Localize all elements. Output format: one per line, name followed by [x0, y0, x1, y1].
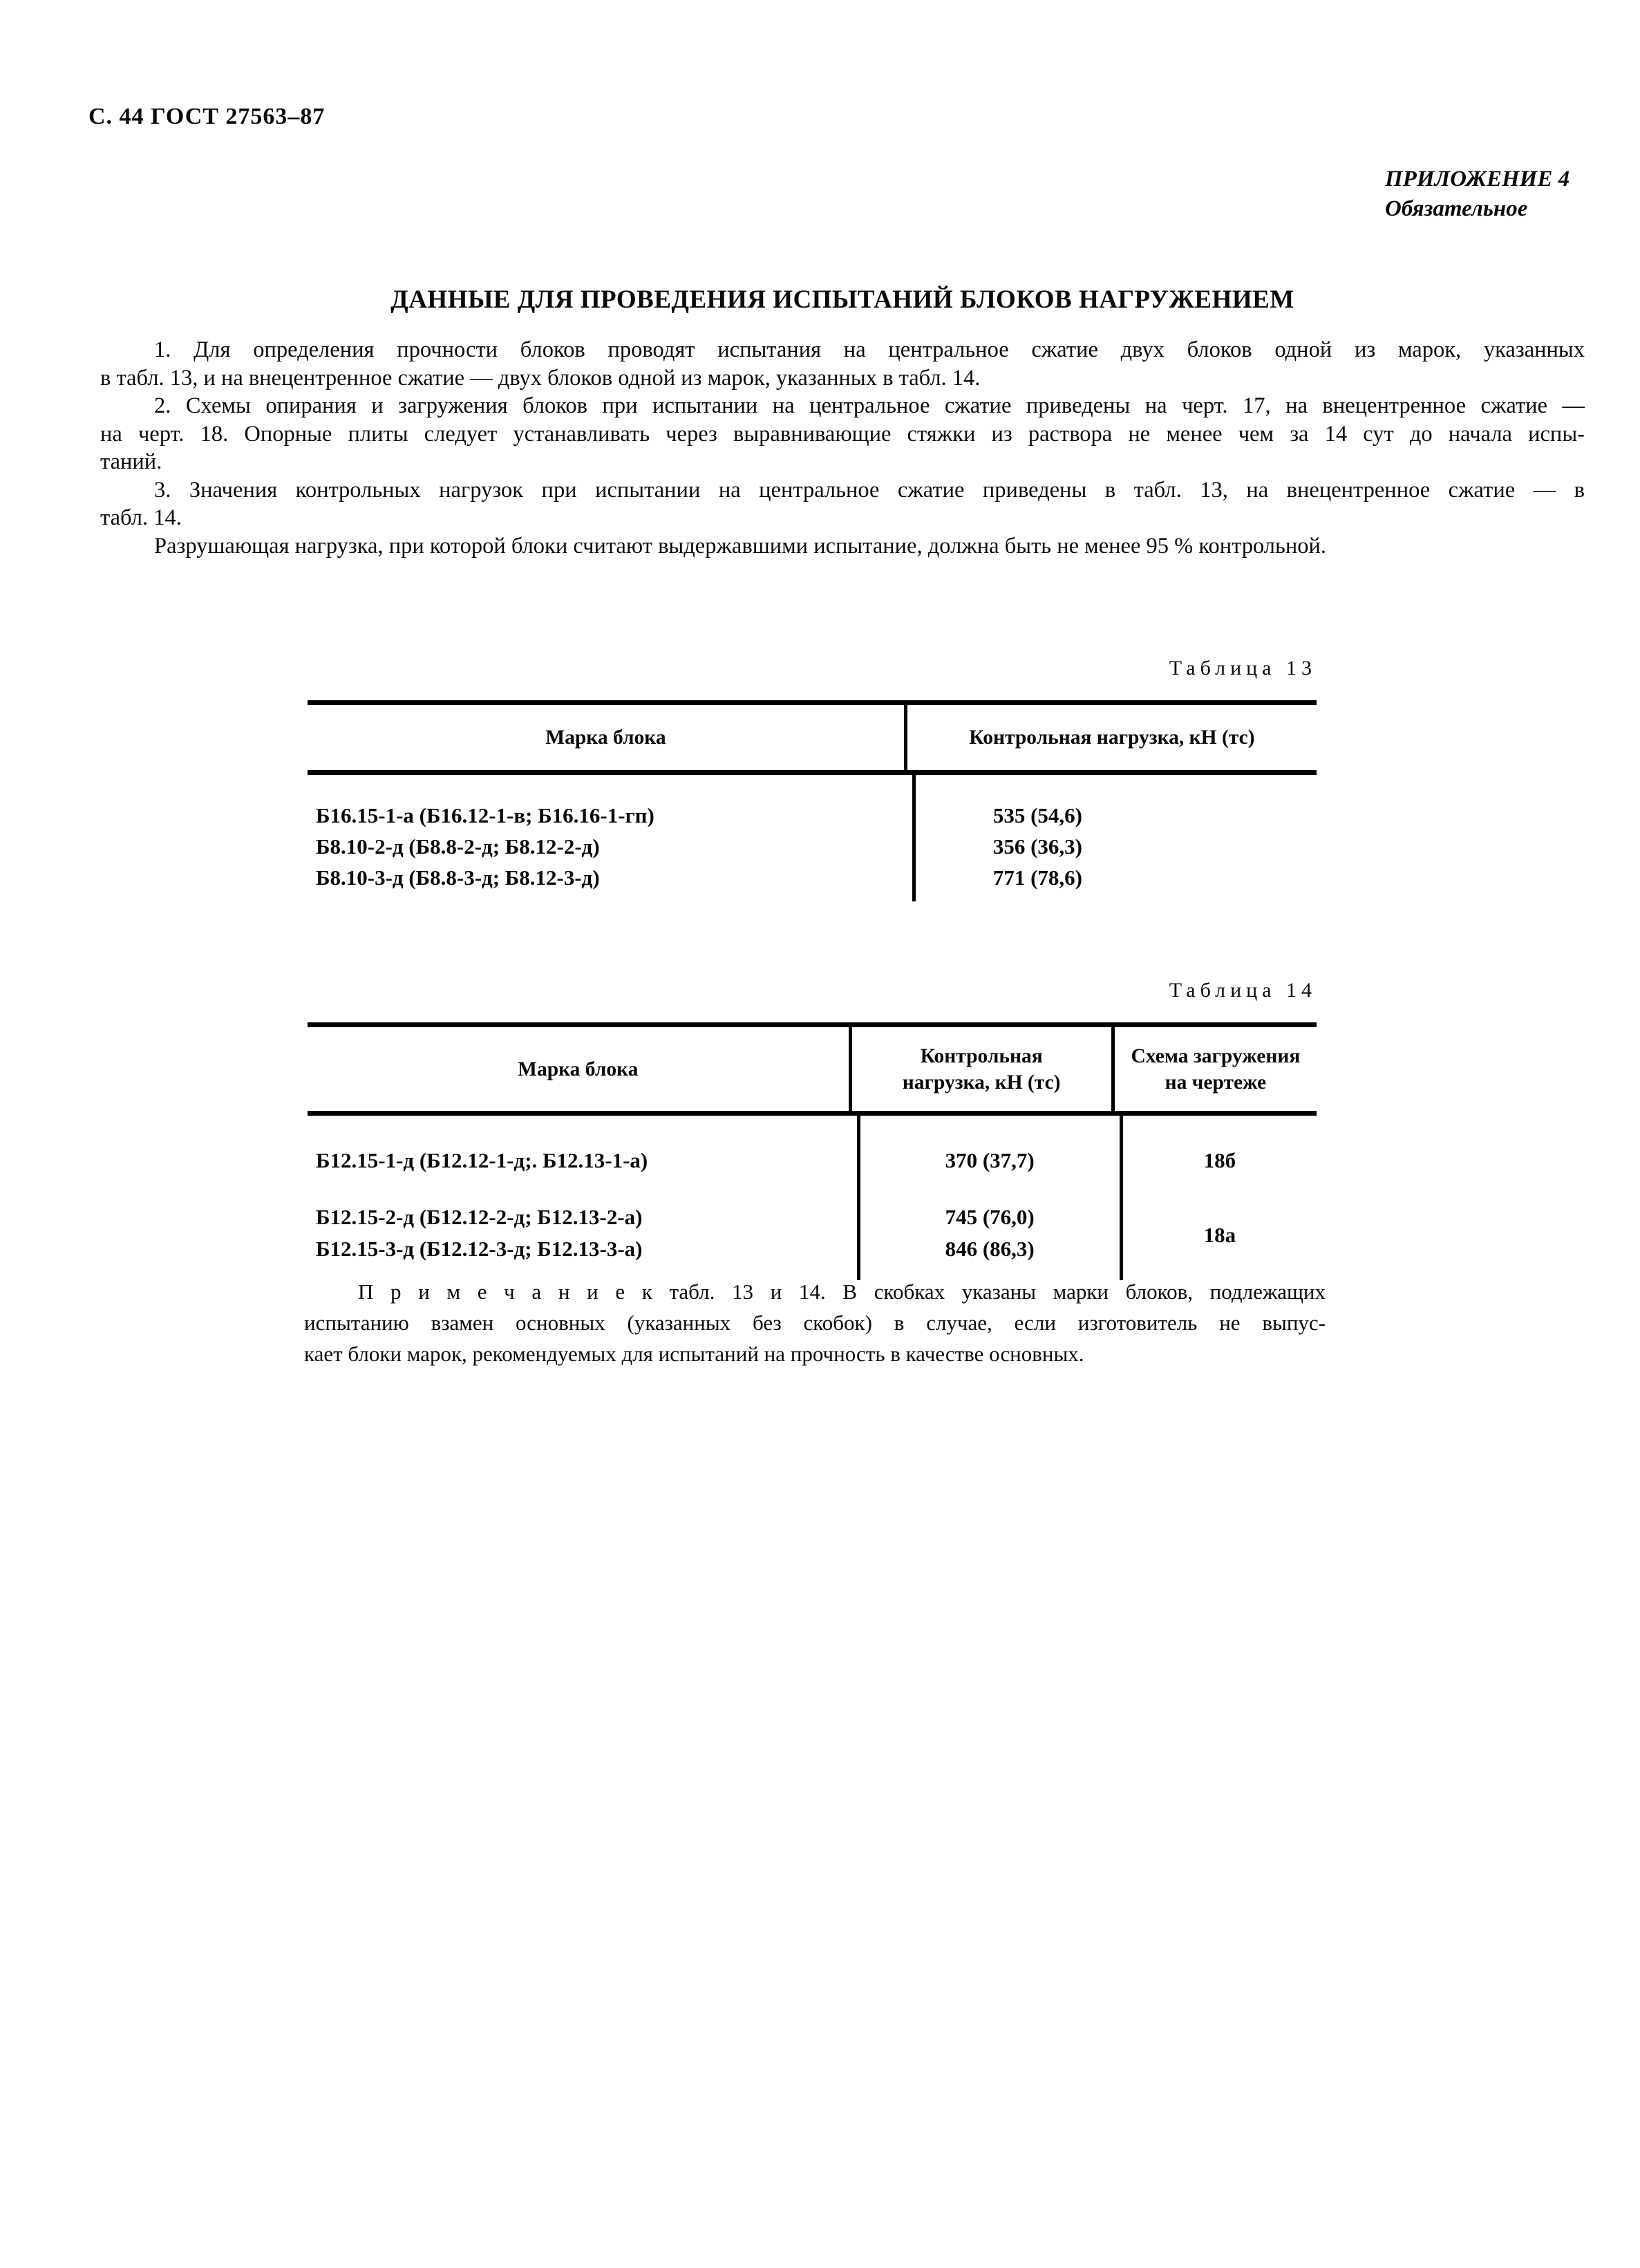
table14-header-load-line: Контрольная	[921, 1043, 1043, 1069]
table14-scheme-value: 18а	[1123, 1219, 1317, 1251]
table14-header-scheme: Схема загруженияна чертеже	[1115, 1027, 1317, 1111]
paragraph-line: Разрушающая нагрузка, при которой блоки …	[100, 532, 1585, 561]
table14-col-scheme: 18б18а	[1123, 1116, 1317, 1280]
table13-col-mark: Б16.15-1-а (Б16.12-1-в; Б16.16-1-гп)Б8.1…	[308, 775, 916, 901]
table14-body: Б12.15-1-д (Б12.12-1-д;. Б12.13-1-а)Б12.…	[308, 1116, 1317, 1280]
table14-row-mark: Б12.15-3-д (Б12.12-3-д; Б12.13-3-а)	[316, 1233, 857, 1265]
appendix-subtitle: Обязательное	[1385, 194, 1570, 224]
appendix-block: ПРИЛОЖЕНИЕ 4 Обязательное	[1385, 165, 1570, 224]
table14-header-scheme-line: на чертеже	[1165, 1069, 1267, 1096]
appendix-title: ПРИЛОЖЕНИЕ 4	[1385, 165, 1570, 194]
table14-header-mark: Марка блока	[308, 1027, 852, 1111]
table13-header-mark: Марка блока	[308, 705, 907, 770]
table14-row-load: 745 (76,0)	[860, 1201, 1120, 1233]
table14-col-load: 370 (37,7)745 (76,0)846 (86,3)	[860, 1116, 1123, 1280]
page-header: С. 44 ГОСТ 27563–87	[88, 104, 325, 130]
note-line: кает блоки марок, рекомендуемых для испы…	[304, 1338, 1326, 1369]
paragraph-line: в табл. 13, и на внецентренное сжатие — …	[100, 364, 1585, 393]
table14-col-mark: Б12.15-1-д (Б12.12-1-д;. Б12.13-1-а)Б12.…	[308, 1116, 860, 1280]
document-page: С. 44 ГОСТ 27563–87 ПРИЛОЖЕНИЕ 4 Обязате…	[0, 0, 1640, 2268]
table13-header-row: Марка блока Контрольная нагрузка, кН (тс…	[308, 705, 1317, 775]
table14: Марка блока Контрольнаянагрузка, кН (тс)…	[308, 1022, 1317, 1280]
intro-paragraphs: 1. Для определения прочности блоков пров…	[100, 336, 1585, 560]
table14-scheme-value: 18б	[1123, 1145, 1317, 1177]
paragraph-line: 3. Значения контрольных нагрузок при исп…	[100, 476, 1585, 505]
paragraph-line: 1. Для определения прочности блоков пров…	[100, 336, 1585, 364]
table13-row-mark: Б8.10-2-д (Б8.8-2-д; Б8.12-2-д)	[316, 831, 912, 862]
table14-row-mark: Б12.15-2-д (Б12.12-2-д; Б12.13-2-а)	[316, 1201, 857, 1233]
table13-body: Б16.15-1-а (Б16.12-1-в; Б16.16-1-гп)Б8.1…	[308, 775, 1317, 901]
paragraph-line: 2. Схемы опирания и загружения блоков пр…	[100, 392, 1585, 420]
table14-row-mark: Б12.15-1-д (Б12.12-1-д;. Б12.13-1-а)	[316, 1145, 857, 1177]
note-line: испытанию взамен основных (указанных без…	[304, 1307, 1326, 1338]
document-title: ДАННЫЕ ДЛЯ ПРОВЕДЕНИЯ ИСПЫТАНИЙ БЛОКОВ Н…	[100, 285, 1585, 315]
table13-col-load: 535 (54,6)356 (36,3)771 (78,6)	[916, 775, 1317, 901]
table14-label: Таблица 14	[308, 979, 1317, 1002]
table13-row-load: 356 (36,3)	[993, 831, 1317, 862]
table14-header-load: Контрольнаянагрузка, кН (тс)	[852, 1027, 1115, 1111]
table13-label: Таблица 13	[308, 657, 1317, 680]
table14-header-mark-line: Марка блока	[518, 1056, 638, 1083]
table14-header-scheme-line: Схема загружения	[1131, 1043, 1300, 1069]
table13-row-load: 535 (54,6)	[993, 800, 1317, 831]
table14-header-load-line: нагрузка, кН (тс)	[903, 1069, 1061, 1096]
note-paragraph: П р и м е ч а н и е к табл. 13 и 14. В с…	[304, 1276, 1326, 1369]
paragraph-line: табл. 14.	[100, 504, 1585, 532]
table13-row-mark: Б16.15-1-а (Б16.12-1-в; Б16.16-1-гп)	[316, 800, 912, 831]
table14-header-row: Марка блока Контрольнаянагрузка, кН (тс)…	[308, 1027, 1317, 1116]
note-line: П р и м е ч а н и е к табл. 13 и 14. В с…	[304, 1276, 1326, 1307]
table13: Марка блока Контрольная нагрузка, кН (тс…	[308, 700, 1317, 901]
paragraph-line: на черт. 18. Опорные плиты следует устан…	[100, 420, 1585, 449]
table13-header-load: Контрольная нагрузка, кН (тс)	[907, 705, 1317, 770]
table13-row-mark: Б8.10-3-д (Б8.8-3-д; Б8.12-3-д)	[316, 862, 912, 893]
table13-row-load: 771 (78,6)	[993, 862, 1317, 893]
table14-row-load: 370 (37,7)	[860, 1145, 1120, 1177]
paragraph-line: таний.	[100, 448, 1585, 476]
table14-row-load: 846 (86,3)	[860, 1233, 1120, 1265]
